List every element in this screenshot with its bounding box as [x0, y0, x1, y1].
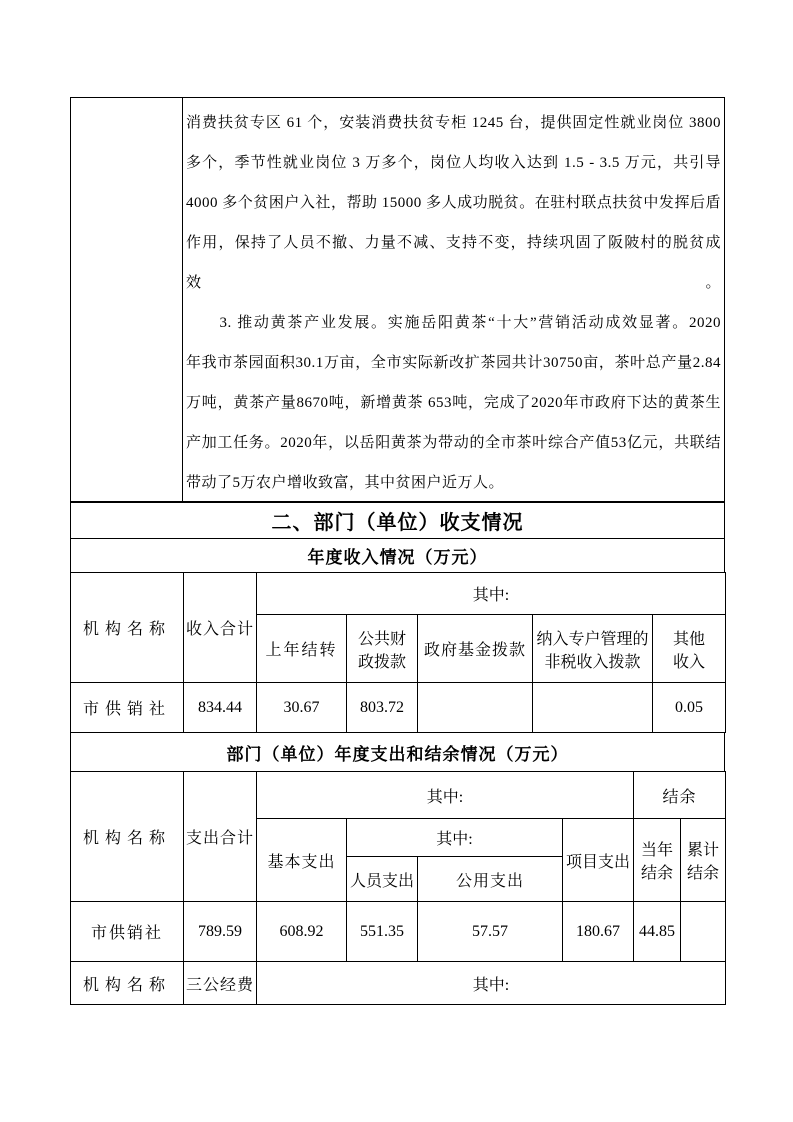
continuation-row: 消费扶贫专区 61 个，安装消费扶贫专柜 1245 台，提供固定性就业岗位 38… [70, 97, 725, 502]
paragraph-line: 多个，季节性就业岗位 3 万多个，岗位人均收入达到 1.5 - 3.5 万元，共… [186, 143, 721, 183]
income-org-value: 市供销社 [71, 683, 184, 733]
paragraph-line: 消费扶贫专区 61 个，安装消费扶贫专柜 1245 台，提供固定性就业岗位 38… [186, 103, 721, 143]
expenditure-header-org: 机构名称 [71, 772, 184, 902]
expenditure-project-value: 180.67 [563, 902, 634, 962]
income-total-value: 834.44 [184, 683, 257, 733]
expenditure-basic-value: 608.92 [257, 902, 347, 962]
income-header-org: 机构名称 [71, 573, 184, 683]
document-page: 消费扶贫专区 61 个，安装消费扶贫专柜 1245 台，提供固定性就业岗位 38… [0, 0, 793, 1122]
paragraph-line: 3. 推动黄茶产业发展。实施岳阳黄茶“十大”营销活动成效显著。2020 [186, 303, 721, 343]
income-col-gov-fund: 政府基金拨款 [418, 615, 533, 683]
income-col-public-finance: 公共财 政拨款 [347, 615, 418, 683]
income-col-other: 其他 收入 [653, 615, 726, 683]
expenditure-table-title: 部门（单位）年度支出和结余情况（万元） [70, 732, 725, 772]
expenditure-table: 机构名称 支出合计 其中: 结余 基本支出 其中: 项目支出 当年 结余 累计 … [70, 771, 726, 962]
three-public-table: 机构名称 三公经费 其中: [70, 961, 726, 1005]
paragraph-line: 带动了5万农户增收致富，其中贫困户近万人。 [186, 463, 721, 501]
three-public-among: 其中: [257, 962, 726, 1005]
continuation-text-cell: 消费扶贫专区 61 个，安装消费扶贫专柜 1245 台，提供固定性就业岗位 38… [183, 98, 724, 501]
income-data-row: 市供销社 834.44 30.67 803.72 0.05 [71, 683, 726, 733]
expenditure-accumulated-balance-value [681, 902, 726, 962]
paragraph-line: 万吨，黄茶产量8670吨，新增黄茶 653吨，完成了2020年市政府下达的黄茶生 [186, 383, 721, 423]
paragraph-line: 作用，保持了人员不撤、力量不减、支持不变，持续巩固了阪陂村的脱贫成效。 [186, 223, 721, 303]
income-col-carryover: 上年结转 [257, 615, 347, 683]
continuation-left-empty-cell [71, 98, 183, 501]
expenditure-public-value: 57.57 [418, 902, 563, 962]
expenditure-col-project: 项目支出 [563, 819, 634, 902]
income-header-row-1: 机构名称 收入合计 其中: [71, 573, 726, 615]
expenditure-data-row: 市供销社 789.59 608.92 551.35 57.57 180.67 4… [71, 902, 726, 962]
expenditure-col-current-balance: 当年 结余 [634, 819, 681, 902]
three-public-fee-label: 三公经费 [184, 962, 257, 1005]
income-other-value: 0.05 [653, 683, 726, 733]
income-header-total: 收入合计 [184, 573, 257, 683]
income-gov-fund-value [418, 683, 533, 733]
paragraph-line: 年我市茶园面积30.1万亩，全市实际新改扩茶园共计30750亩，茶叶总产量2.8… [186, 343, 721, 383]
income-header-among: 其中: [257, 573, 726, 615]
document-body: 消费扶贫专区 61 个，安装消费扶贫专柜 1245 台，提供固定性就业岗位 38… [70, 97, 725, 1005]
paragraph-line: 4000 多个贫困户入社，帮助 15000 多人成功脱贫。在驻村联点扶贫中发挥后… [186, 183, 721, 223]
income-carryover-value: 30.67 [257, 683, 347, 733]
expenditure-col-personnel: 人员支出 [347, 857, 418, 902]
income-non-tax-value [533, 683, 653, 733]
expenditure-col-public: 公用支出 [418, 857, 563, 902]
expenditure-current-balance-value: 44.85 [634, 902, 681, 962]
income-col-non-tax: 纳入专户管理的 非税收入拨款 [533, 615, 653, 683]
expenditure-header-among-1: 其中: [257, 772, 634, 819]
expenditure-total-value: 789.59 [184, 902, 257, 962]
income-table-title: 年度收入情况（万元） [70, 538, 725, 573]
expenditure-header-balance: 结余 [634, 772, 726, 819]
income-public-finance-value: 803.72 [347, 683, 418, 733]
expenditure-header-row-1: 机构名称 支出合计 其中: 结余 [71, 772, 726, 819]
expenditure-col-accumulated-balance: 累计 结余 [681, 819, 726, 902]
expenditure-personnel-value: 551.35 [347, 902, 418, 962]
paragraph-line: 产加工任务。2020年，以岳阳黄茶为带动的全市茶叶综合产值53亿元，共联结 [186, 423, 721, 463]
expenditure-col-basic: 基本支出 [257, 819, 347, 902]
expenditure-org-value: 市供销社 [71, 902, 184, 962]
three-public-org-label: 机构名称 [71, 962, 184, 1005]
expenditure-header-among-2: 其中: [347, 819, 563, 857]
income-table: 机构名称 收入合计 其中: 上年结转 公共财 政拨款 政府基金拨款 纳入专户管理… [70, 572, 726, 733]
section-title: 二、部门（单位）收支情况 [70, 501, 725, 539]
expenditure-header-total: 支出合计 [184, 772, 257, 902]
three-public-row: 机构名称 三公经费 其中: [71, 962, 726, 1005]
